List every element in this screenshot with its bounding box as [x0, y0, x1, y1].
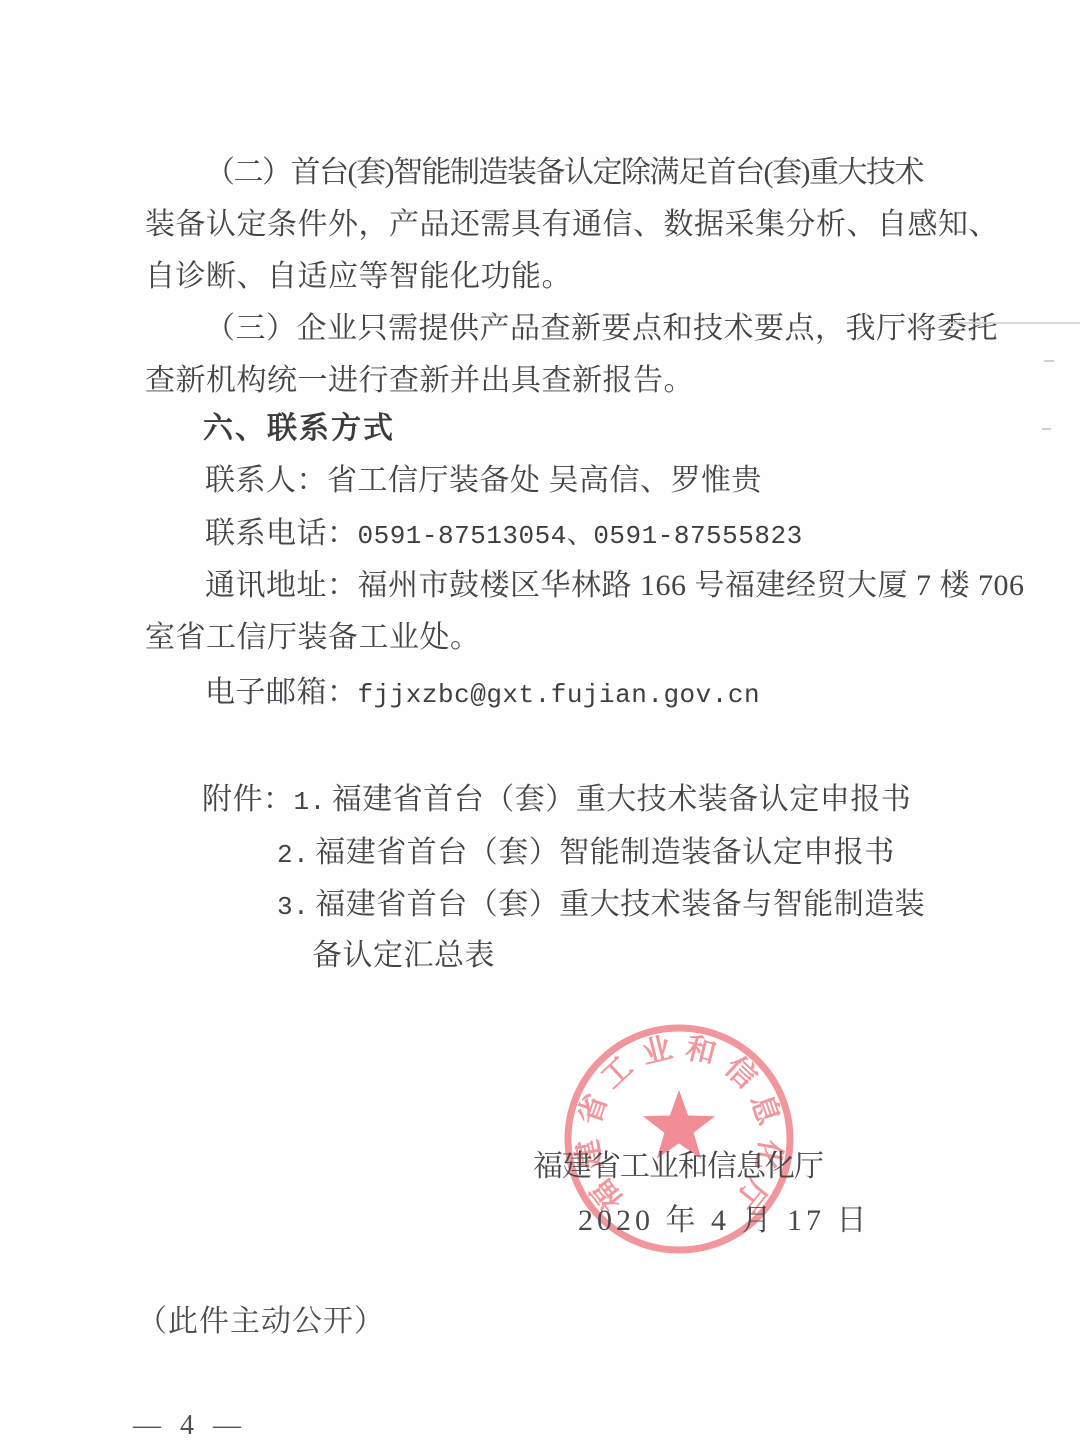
issue-date: 2020 年 4 月 17 日: [578, 1202, 871, 1240]
contact-address-line2: 室省工信厅装备工业处。: [145, 619, 481, 657]
issuer-name: 福建省工业和信息化厅: [533, 1148, 823, 1186]
contact-email: 电子邮箱：fjjxzbc@gxt.fujian.gov.cn: [205, 674, 760, 712]
contact-email-value: fjjxzbc@gxt.fujian.gov.cn: [358, 680, 761, 710]
attachments-label: 附件：: [202, 783, 294, 816]
contact-phone: 联系电话：0591-87513054、0591-87555823: [205, 515, 803, 553]
attachments-line3: 3.福建省首台（套）重大技术装备与智能制造装: [277, 886, 925, 924]
contact-phone-value: 0591-87513054、0591-87555823: [358, 521, 803, 551]
publicity-note: （此件主动公开）: [137, 1303, 385, 1341]
contact-phone-label: 联系电话：: [205, 517, 358, 550]
contact-person: 联系人：省工信厅装备处 吴高信、罗惟贵: [205, 462, 762, 500]
seal-char: 业: [639, 1032, 676, 1071]
scan-artifact-speck: [1044, 360, 1054, 362]
attachments-line2: 2.福建省首台（套）智能制造装备认定申报书: [277, 834, 895, 872]
seal-char: 和: [682, 1032, 719, 1071]
scan-artifact-line: [948, 322, 1080, 324]
page-number: — 4 —: [133, 1408, 247, 1443]
attachment-1-title: 福建省首台（套）重大技术装备认定申报书: [332, 783, 912, 816]
para2-line1: （二）首台(套)智能制造装备认定除满足首台(套)重大技术: [205, 154, 923, 192]
attachment-1-number: 1.: [294, 787, 326, 817]
para3-line2: 查新机构统一进行查新并出具查新报告。: [145, 362, 694, 400]
para3-line1: （三）企业只需提供产品查新要点和技术要点，我厅将委托: [205, 310, 998, 348]
attachment-2-title: 福建省首台（套）智能制造装备认定申报书: [315, 836, 895, 869]
para2-line3: 自诊断、自适应等智能化功能。: [145, 258, 572, 296]
contact-email-label: 电子邮箱：: [205, 676, 358, 709]
contact-address-line1: 通讯地址：福州市鼓楼区华林路 166 号福建经贸大厦 7 楼 706: [205, 567, 1025, 605]
attachment-2-number: 2.: [277, 840, 309, 870]
attachment-3-number: 3.: [277, 892, 309, 922]
document-page: （二）首台(套)智能制造装备认定除满足首台(套)重大技术 装备认定条件外，产品还…: [0, 0, 1080, 1456]
para2-line2: 装备认定条件外，产品还需具有通信、数据采集分析、自感知、: [145, 206, 999, 244]
attachments-line4: 备认定汇总表: [312, 937, 495, 975]
section-heading: 六、联系方式: [203, 410, 395, 448]
attachments-line1: 附件：1.福建省首台（套）重大技术装备认定申报书: [202, 781, 911, 819]
attachment-3-title: 福建省首台（套）重大技术装备与智能制造装: [315, 888, 925, 921]
scan-artifact-speck: [1042, 428, 1051, 430]
